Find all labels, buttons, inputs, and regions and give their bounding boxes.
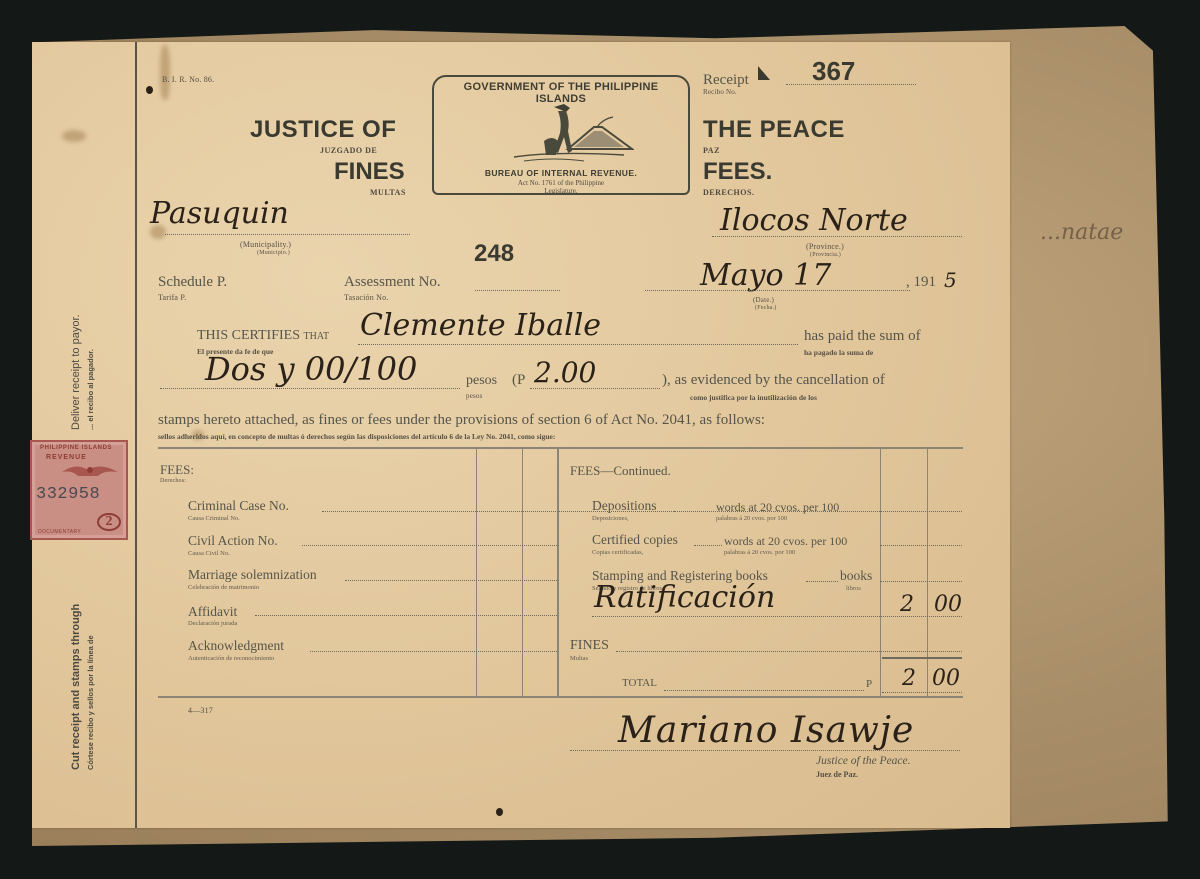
revenue-stamp: PHILIPPINE ISLANDS REVENUE 332958 2 DOCU… [30,440,128,540]
certifies-suffix: has paid the sum of [804,328,921,345]
province-line [712,236,962,237]
fee-row-label: Certified copies [592,532,678,548]
receipt-number-symbol-icon [756,64,774,84]
stub-instruction-cut-es: Córtese recibo y sellos por la línea de [86,635,95,770]
fee-row-label-es: Causa Criminal No. [188,515,240,522]
total-pesos: 2 [902,666,916,691]
amount-numeric-line [530,388,660,389]
fee-row-label: Acknowledgment [188,638,284,654]
receipt-label: Receipt [703,72,749,89]
receipt-label-es: Recibo No. [703,88,737,96]
pesos-label-es: pesos [466,392,483,400]
fee-row-amount-line [880,511,962,512]
stub-instruction-cut: Cut receipt and stamps through [70,604,82,770]
assessment-number: 248 [474,240,514,268]
assessment-label-es: Tasación No. [344,293,389,302]
left-centavos-column-divider [522,449,523,696]
date-year-prefix: , 191 [906,274,936,291]
fee-row-line [674,511,714,512]
bureau-of-internal-revenue-seal: GOVERNMENT OF THE PHILIPPINE ISLANDS BUR… [432,75,690,195]
payer-line [358,344,798,345]
title-fees: FEES. [703,158,772,186]
stub-instruction-deliver-es: ... el recibo al pagador. [86,349,95,430]
justice-signature: Mariano Isawje [618,710,914,751]
fee-row-label-es: Causa Civil No. [188,550,230,557]
fees-heading: FEES: [160,462,194,478]
fee-row-rate-es: palabras á 20 cvos. por 100 [724,549,795,556]
punch-hole [496,808,503,816]
certifies-suffix-es: ha pagado la suma de [804,348,873,357]
fee-row-line [310,651,557,652]
fee-row-label-es: Deposiciones, [592,515,629,522]
total-label: TOTAL [622,677,657,689]
stamp-eagle-icon [60,462,120,480]
stub-instruction-deliver: Deliver receipt to payor. [70,314,82,430]
date-year-suffix: 5 [944,268,957,292]
stub-perforation-line [135,42,137,828]
fee-row-label-es: Autenticación de reconocimiento [188,655,274,662]
fee-row-rate: books [840,568,872,584]
seal-act-line1: Act No. 1761 of the Philippine [434,179,688,187]
stamp-value: 2 [97,513,121,531]
fines-label: FINES [570,638,609,654]
signature-title: Justice of the Peace. [816,755,911,767]
handwritten-item-label: Ratificación [594,580,775,615]
date-label-es: (Fecha.) [755,305,776,311]
fee-row-line [255,615,557,616]
stain [62,130,86,142]
fee-row-line [345,580,557,581]
fee-row-label-es: Copias certificadas, [592,549,643,556]
province-value: Ilocos Norte [720,203,908,238]
amount-words-line [160,388,460,389]
form-footer-code: 4—317 [188,706,213,715]
fee-row-rate: words at 20 cvos. per 100 [724,534,847,549]
signature-title-es: Juez de Paz. [816,770,858,779]
seal-act-line2: Legislature. [434,187,688,195]
receipt-number: 367 [812,56,855,87]
total-amount-line [882,692,962,693]
fee-row-line [616,651,962,652]
amount-numeric: 2.00 [534,356,596,389]
title-derechos: DERECHOS. [703,188,754,197]
fees-heading-es: Derechos: [160,478,186,484]
fee-row-label: Civil Action No. [188,533,278,549]
title-justice-of: JUSTICE OF [250,116,396,144]
table-bottom-border [158,696,963,698]
municipality-label: (Municipality.) [240,240,291,249]
payer-name: Clemente Iballe [360,308,601,343]
fee-row-rate-es: libros [846,585,861,592]
fee-row-label: Marriage solemnization [188,567,317,583]
title-fines: FINES [334,158,405,186]
municipality-value: Pasuquin [150,196,289,231]
schedule-label: Schedule P. [158,274,227,291]
fee-row-label-es: Celebración de matrimonio [188,584,259,591]
stamp-serial-number: 332958 [36,485,100,504]
stain [160,45,170,100]
pesos-label: pesos [466,373,497,389]
fines-label-es: Multas [570,655,588,662]
provisions-text: stamps hereto attached, as fines or fees… [158,412,765,429]
receipt-number-line [786,84,916,85]
title-multas: MULTAS [370,188,406,197]
assessment-line [475,290,560,291]
punch-hole [146,86,153,94]
date-value: Mayo 17 [700,258,831,293]
seal-act-text: Act No. 1761 of the Philippine Legislatu… [434,179,688,195]
form-code: B. I. R. No. 86. [162,75,214,84]
provisions-text-es: sellos adheridos aquí, en concepto de mu… [158,432,555,441]
fee-row-label: Affidavit [188,604,237,620]
fee-row-line [806,581,838,582]
fee-row-label: Depositions [592,498,657,514]
center-divider [557,449,559,696]
title-the-peace: THE PEACE [703,116,845,144]
seal-figure-volcano-icon [494,99,634,169]
handwritten-item-pesos: 2 [900,592,914,617]
total-currency: P [866,678,872,690]
table-top-border [158,447,963,449]
schedule-label-es: Tarifa P. [158,293,186,302]
date-label: (Date.) [753,296,774,304]
certifies-prefix: THIS CERTIFIES that [197,328,329,344]
sum-rule [882,657,962,659]
fee-row-amount-line [880,545,962,546]
handwritten-item-centavos: 00 [934,592,962,617]
fee-row-rate-es: palabras á 20 cvos. por 100 [716,515,787,522]
backing-handwritten-note: ...natae [1040,220,1123,245]
evidence-text-es: como justifica por la inutilización de l… [690,393,817,402]
fees-continued-heading: FEES—Continued. [570,463,671,479]
stamp-bottom-text: DOCUMENTARY [38,529,81,535]
municipality-line [165,234,410,235]
evidence-text: ), as evidenced by the cancellation of [662,372,885,389]
title-juzgado-de: JUZGADO DE [320,146,377,155]
stamp-top-text: PHILIPPINE ISLANDS [40,445,112,451]
left-pesos-column-divider [476,449,477,696]
total-centavos: 00 [932,666,960,691]
date-line [645,290,910,291]
assessment-label: Assessment No. [344,274,441,291]
fee-row-rate: words at 20 cvos. per 100 [716,500,839,515]
fee-row-label-es: Declaración jurada [188,620,237,627]
total-line [664,690,864,691]
fee-row-line [302,545,557,546]
title-paz: PAZ [703,146,720,155]
amount-numeric-prefix: (P [512,372,525,389]
seal-bureau-text: BUREAU OF INTERNAL REVENUE. [434,168,688,178]
amount-words: Dos y 00/100 [205,350,417,388]
province-label: (Province.) [806,242,844,251]
fee-row-label: Criminal Case No. [188,498,289,514]
fee-row-amount-line [880,581,962,582]
municipality-label-es: (Municipio.) [257,250,290,256]
signature-line [570,750,960,751]
stamp-revenue-text: REVENUE [46,454,87,461]
fee-row-line [694,545,722,546]
